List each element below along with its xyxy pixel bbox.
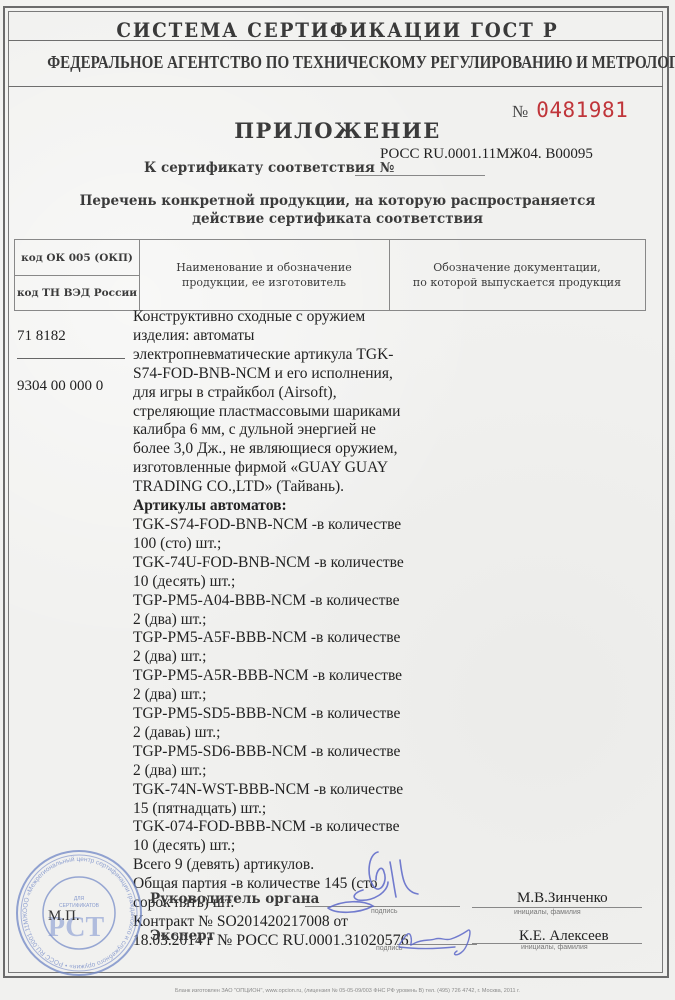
- description-line: TRADING CO.,LTD» (Тайвань).: [133, 478, 423, 497]
- description-line: изделия: автоматы: [133, 327, 423, 346]
- expert-signature-icon: [395, 915, 485, 965]
- description-line: TGP-PM5-A5F-BBB-NCM -в количестве: [133, 629, 423, 648]
- product-name-header-line1: Наименование и обозначение: [176, 260, 351, 275]
- articles-heading: Артикулы автоматов:: [133, 497, 423, 516]
- description-line: 10 (десять) шт.;: [133, 573, 423, 592]
- description-line: TGK-S74-FOD-BNB-NCM -в количестве: [133, 516, 423, 535]
- header-divider-bottom: [8, 86, 663, 87]
- description-line: TGK-74U-FOD-BNB-NCM -в количестве: [133, 554, 423, 573]
- documentation-header: Обозначение документации, по которой вып…: [389, 240, 645, 310]
- tnved-code-value: 9304 00 000 0: [17, 378, 103, 395]
- description-line: Конструктивно сходные с оружием: [133, 308, 423, 327]
- list-title: Перечень конкретной продукции, на котору…: [0, 192, 675, 228]
- description-line: для игры в страйкбол (Airsoft),: [133, 384, 423, 403]
- description-line: более 3,0 Дж., не являющиеся оружием,: [133, 440, 423, 459]
- description-line: S74-FOD-BNB-NCM и его исполнения,: [133, 365, 423, 384]
- certificate-number: РОСС RU.0001.11МЖ04. В00095: [380, 146, 593, 163]
- okp-code-value: 71 8182: [17, 328, 66, 345]
- description-line: 2 (два) шт.;: [133, 686, 423, 705]
- head-name-caption: инициалы, фамилия: [514, 909, 581, 916]
- okp-code-header: код ОК 005 (ОКП): [15, 240, 139, 276]
- list-title-line2: действие сертификата соответствия: [0, 210, 675, 228]
- head-name: М.В.Зинченко: [517, 890, 608, 907]
- description-line: TGP-PM5-A04-BBB-NCM -в количестве: [133, 592, 423, 611]
- description-line: 100 (сто) шт.;: [133, 535, 423, 554]
- description-line: 2 (два) шт.;: [133, 611, 423, 630]
- expert-label: Эксперт: [150, 928, 215, 944]
- code-separator: [17, 358, 125, 359]
- description-line: TGP-PM5-A5R-BBB-NCM -в количестве: [133, 667, 423, 686]
- svg-text:ДЛЯ: ДЛЯ: [74, 896, 85, 902]
- printer-note: Бланк изготовлен ЗАО "ОПЦИОН", www.opcio…: [175, 988, 520, 994]
- certificate-label: К сертификату соответствия №: [144, 160, 394, 176]
- description-line: TGK-074-FOD-BBB-NCM -в количестве: [133, 818, 423, 837]
- description-line: электропневматические артикула TGK-: [133, 346, 423, 365]
- head-label: Руководитель органа: [150, 891, 319, 907]
- products-table-header: код ОК 005 (ОКП) код ТН ВЭД России Наиме…: [14, 239, 646, 311]
- documentation-header-line2: по которой выпускается продукция: [413, 275, 621, 290]
- description-line: TGK-74N-WST-BBB-NCM -в количестве: [133, 781, 423, 800]
- system-title: СИСТЕМА СЕРТИФИКАЦИИ ГОСТ Р: [27, 18, 648, 42]
- description-line: изготовленные фирмой «GUAY GUAY: [133, 459, 423, 478]
- description-line: калибра 6 мм, с дульной энергией не: [133, 421, 423, 440]
- tnved-code-header: код ТН ВЭД России: [15, 275, 139, 310]
- certificate-underline: [355, 175, 485, 176]
- list-title-line1: Перечень конкретной продукции, на котору…: [0, 192, 675, 210]
- description-line: 15 (пятнадцать) шт.;: [133, 800, 423, 819]
- description-line: 2 (два) шт.;: [133, 648, 423, 667]
- code-column: код ОК 005 (ОКП) код ТН ВЭД России: [15, 240, 140, 310]
- expert-name-caption: инициалы, фамилия: [521, 944, 588, 951]
- appendix-title: ПРИЛОЖЕНИЕ: [0, 118, 675, 143]
- description-line: стреляющие пластмассовыми шариками: [133, 403, 423, 422]
- head-signature-icon: [318, 842, 438, 922]
- agency-title: ФЕДЕРАЛЬНОЕ АГЕНТСТВО ПО ТЕХНИЧЕСКОМУ РЕ…: [47, 52, 628, 73]
- product-name-header: Наименование и обозначение продукции, ее…: [139, 240, 390, 310]
- documentation-header-line1: Обозначение документации,: [413, 260, 621, 275]
- description-line: 2 (даваь) шт.;: [133, 724, 423, 743]
- head-name-line: [472, 907, 642, 908]
- stamp-place-label: М.П.: [48, 908, 80, 925]
- description-line: 2 (два) шт.;: [133, 762, 423, 781]
- description-line: TGP-PM5-SD5-BBB-NCM -в количестве: [133, 705, 423, 724]
- description-line: TGP-PM5-SD6-BBB-NCM -в количестве: [133, 743, 423, 762]
- product-name-header-line2: продукции, ее изготовитель: [176, 275, 351, 290]
